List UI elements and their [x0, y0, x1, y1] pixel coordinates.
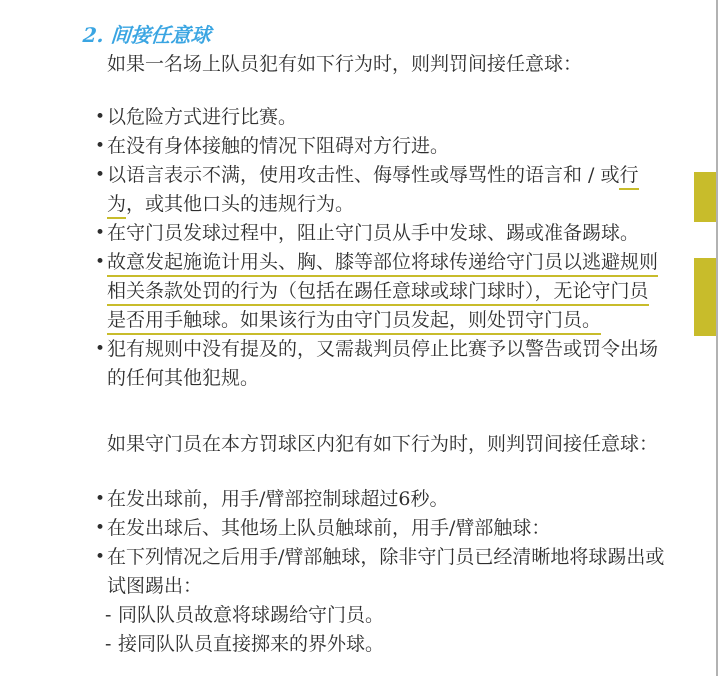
text-line: 同队队员故意将球踢给守门员。	[118, 601, 384, 630]
text-line: 在发出球后、其他场上队员触球前，用手/臂部触球：	[107, 514, 550, 543]
list-item-text: 在发出球后、其他场上队员触球前，用手/臂部触球：	[107, 514, 550, 543]
list-item: •以语言表示不满，使用攻击性、侮辱性或辱骂性的语言和 / 或行为，或其他口头的违…	[95, 161, 658, 219]
text-line: 以危险方式进行比赛。	[107, 103, 297, 132]
text-line: 相关条款处罚的行为（包括在踢任意球或球门球时），无论守门员	[107, 277, 658, 306]
text-line: 试图踢出：	[107, 572, 664, 601]
text-line: 在守门员发球过程中，阻止守门员从手中发球、踢或准备踢球。	[107, 219, 639, 248]
text-line: 接同队队员直接掷来的界外球。	[118, 630, 384, 659]
offences-list-players: •以危险方式进行比赛。•在没有身体接触的情况下阻碍对方行进。•以语言表示不满，使…	[95, 103, 658, 393]
underline-highlight: 相关条款处罚的行为（包括在踢任意球或球门球时），无论守门员	[107, 280, 649, 306]
list-item: •犯有规则中没有提及的，又需裁判员停止比赛予以警告或罚令出场的任何其他犯规。	[95, 335, 658, 393]
list-item-text: 在没有身体接触的情况下阻碍对方行进。	[107, 132, 449, 161]
text-line: 以语言表示不满，使用攻击性、侮辱性或辱骂性的语言和 / 或行	[107, 161, 639, 190]
text-line: 犯有规则中没有提及的，又需裁判员停止比赛予以警告或罚令出场	[107, 335, 658, 364]
list-item-text: 在守门员发球过程中，阻止守门员从手中发球、踢或准备踢球。	[107, 219, 639, 248]
text-line: 在发出球前，用手/臂部控制球超过6秒。	[107, 485, 449, 514]
bullet-marker: •	[95, 248, 107, 277]
bullet-marker: •	[95, 103, 107, 132]
intro-paragraph-goalkeeper: 如果守门员在本方罚球区内犯有如下行为时，则判罚间接任意球：	[107, 430, 658, 459]
text-segment: 以危险方式进行比赛。	[107, 106, 297, 128]
dash-marker: -	[105, 630, 118, 659]
text-line: 是否用手触球。如果该行为由守门员发起，则处罚守门员。	[107, 306, 658, 335]
list-item: •故意发起施诡计用头、胸、膝等部位将球传递给守门员以逃避规则相关条款处罚的行为（…	[95, 248, 658, 335]
list-item-text: 犯有规则中没有提及的，又需裁判员停止比赛予以警告或罚令出场的任何其他犯规。	[107, 335, 658, 393]
text-segment: 接同队队员直接掷来的界外球。	[118, 633, 384, 655]
text-segment: 的任何其他犯规。	[107, 367, 259, 389]
list-item-text: 接同队队员直接掷来的界外球。	[118, 630, 384, 659]
list-item: •在发出球前，用手/臂部控制球超过6秒。	[95, 485, 664, 514]
text-segment: ，或其他口头的违规行为。	[126, 193, 354, 215]
list-item-text: 在下列情况之后用手/臂部触球，除非守门员已经清晰地将球踢出或试图踢出：	[107, 543, 664, 601]
text-segment: 在没有身体接触的情况下阻碍对方行进。	[107, 135, 449, 157]
revision-bar-1	[694, 172, 716, 222]
list-item-text: 同队队员故意将球踢给守门员。	[118, 601, 384, 630]
section-heading: 2. 间接任意球	[82, 19, 212, 48]
list-item: -同队队员故意将球踢给守门员。	[95, 601, 664, 630]
text-line: 故意发起施诡计用头、胸、膝等部位将球传递给守门员以逃避规则	[107, 248, 658, 277]
text-segment: 犯有规则中没有提及的，又需裁判员停止比赛予以警告或罚令出场	[107, 338, 658, 360]
revision-bar-2	[694, 258, 716, 336]
bullet-marker: •	[95, 161, 107, 190]
list-item: •以危险方式进行比赛。	[95, 103, 658, 132]
text-segment: 同队队员故意将球踢给守门员。	[118, 604, 384, 626]
list-item-text: 以语言表示不满，使用攻击性、侮辱性或辱骂性的语言和 / 或行为，或其他口头的违规…	[107, 161, 639, 219]
page-edge-line	[716, 0, 718, 676]
list-item: •在没有身体接触的情况下阻碍对方行进。	[95, 132, 658, 161]
list-item-text: 以危险方式进行比赛。	[107, 103, 297, 132]
offences-list-goalkeeper: •在发出球前，用手/臂部控制球超过6秒。•在发出球后、其他场上队员触球前，用手/…	[95, 485, 664, 659]
underline-highlight: 行	[619, 164, 638, 190]
intro-paragraph-players: 如果一名场上队员犯有如下行为时，则判罚间接任意球：	[107, 50, 582, 79]
dash-marker: -	[105, 601, 118, 630]
text-segment: 以语言表示不满，使用攻击性、侮辱性或辱骂性的语言和 / 或	[107, 164, 619, 186]
underline-highlight: 为	[107, 193, 126, 219]
text-line: 的任何其他犯规。	[107, 364, 658, 393]
underline-highlight: 是否用手触球。如果该行为由守门员发起，则处罚守门员。	[107, 309, 601, 335]
text-line: 为，或其他口头的违规行为。	[107, 190, 639, 219]
text-line: 在没有身体接触的情况下阻碍对方行进。	[107, 132, 449, 161]
text-segment: 在发出球前，用手/臂部控制球超过6秒。	[107, 488, 449, 510]
list-item: •在发出球后、其他场上队员触球前，用手/臂部触球：	[95, 514, 664, 543]
bullet-marker: •	[95, 335, 107, 364]
bullet-marker: •	[95, 514, 107, 543]
list-item: -接同队队员直接掷来的界外球。	[95, 630, 664, 659]
text-segment: 在下列情况之后用手/臂部触球，除非守门员已经清晰地将球踢出或	[107, 546, 664, 568]
text-segment: 试图踢出：	[107, 575, 202, 597]
list-item: •在下列情况之后用手/臂部触球，除非守门员已经清晰地将球踢出或试图踢出：	[95, 543, 664, 601]
text-segment: 在守门员发球过程中，阻止守门员从手中发球、踢或准备踢球。	[107, 222, 639, 244]
list-item-text: 故意发起施诡计用头、胸、膝等部位将球传递给守门员以逃避规则相关条款处罚的行为（包…	[107, 248, 658, 335]
bullet-marker: •	[95, 132, 107, 161]
bullet-marker: •	[95, 219, 107, 248]
bullet-marker: •	[95, 543, 107, 572]
text-line: 在下列情况之后用手/臂部触球，除非守门员已经清晰地将球踢出或	[107, 543, 664, 572]
text-segment: 在发出球后、其他场上队员触球前，用手/臂部触球：	[107, 517, 550, 539]
underline-highlight: 故意发起施诡计用头、胸、膝等部位将球传递给守门员以逃避规则	[107, 251, 658, 277]
list-item-text: 在发出球前，用手/臂部控制球超过6秒。	[107, 485, 449, 514]
document-page: 2. 间接任意球 如果一名场上队员犯有如下行为时，则判罚间接任意球： •以危险方…	[0, 0, 720, 676]
list-item: •在守门员发球过程中，阻止守门员从手中发球、踢或准备踢球。	[95, 219, 658, 248]
bullet-marker: •	[95, 485, 107, 514]
